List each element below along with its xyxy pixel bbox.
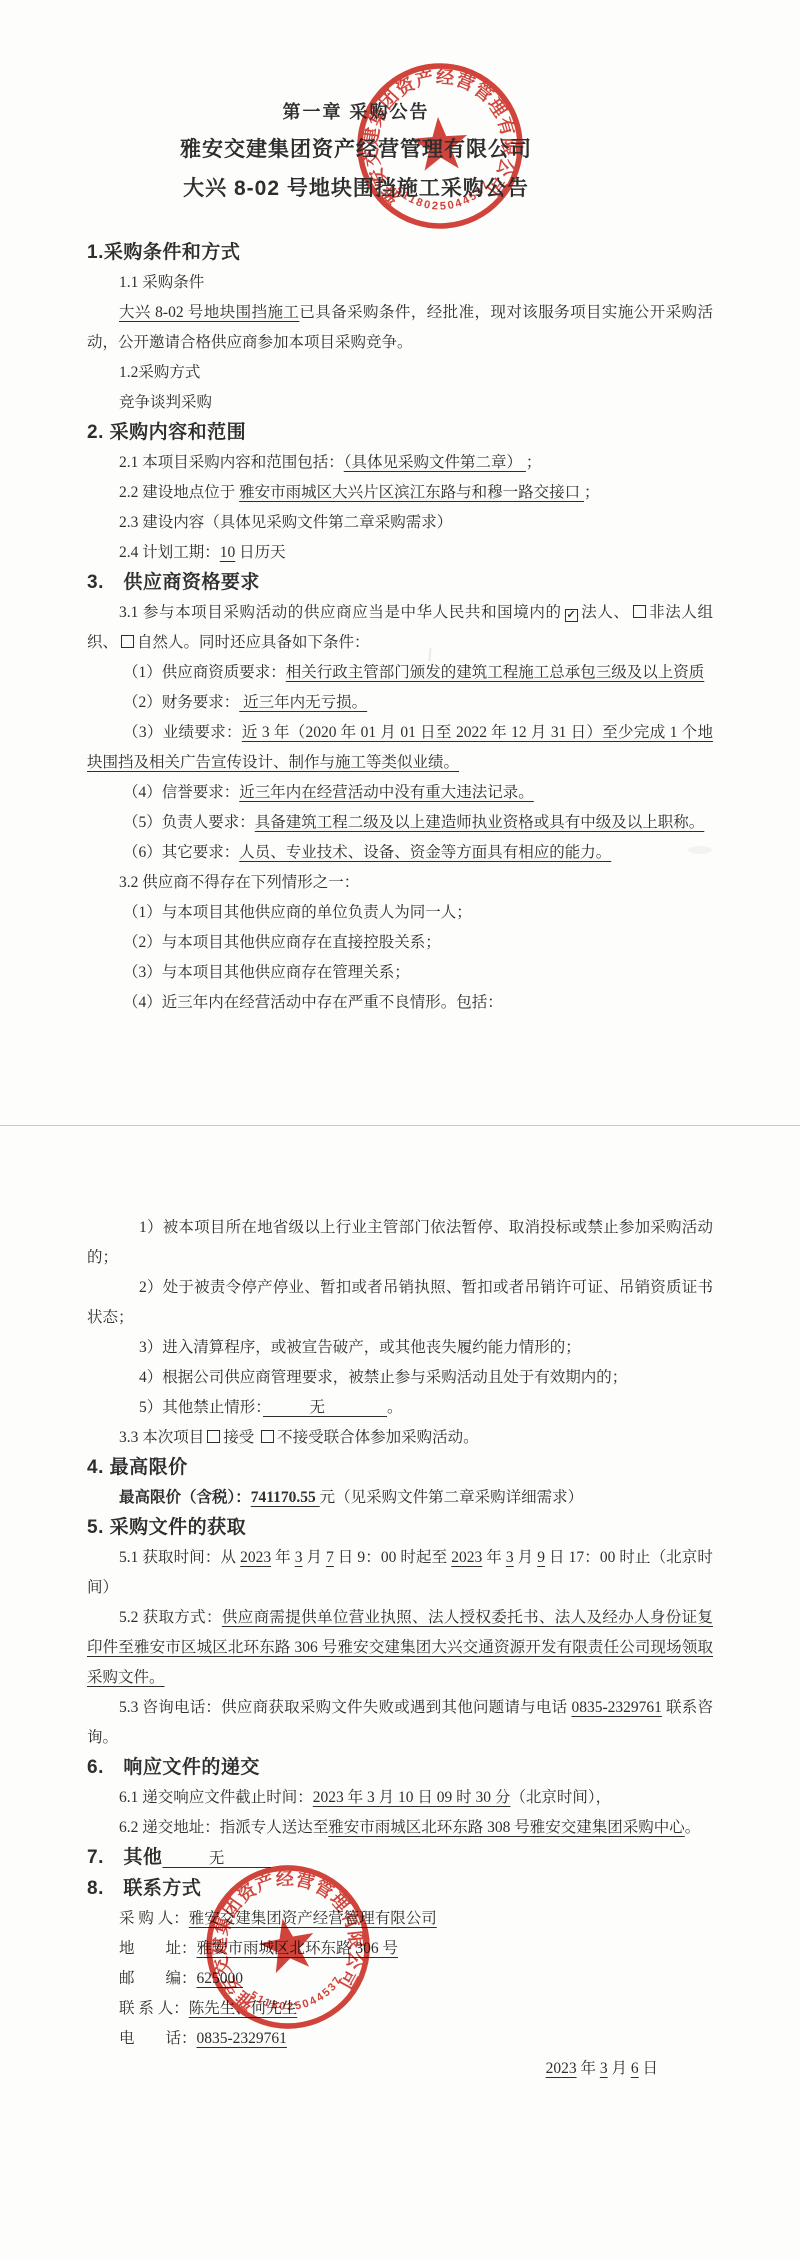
text-segment: 雅安市雨城区北环东路 306 号 bbox=[197, 1940, 399, 1957]
clause-5-2: 5.2 获取方式：供应商需提供单位营业执照、法人授权委托书、法人及经办人身份证复… bbox=[87, 1603, 713, 1693]
text-segment: ； bbox=[526, 454, 542, 471]
text-segment: 联 系 人： bbox=[119, 2000, 189, 2017]
contact-address-line: 地 址：雅安市雨城区北环东路 306 号 bbox=[87, 1934, 713, 1964]
text-segment: （5）负责人要求： bbox=[123, 814, 255, 831]
text-segment: 2023 年 3 月 10 日 09 时 30 分 bbox=[313, 1789, 511, 1806]
checkbox-checked: ✓ bbox=[565, 609, 578, 622]
text-segment: 2023 bbox=[546, 2060, 577, 2077]
text-segment: 大兴 8-02 号地块围挡施工 bbox=[119, 304, 299, 321]
text-segment: 雅安交建集团资产经营管理有限公司 bbox=[189, 1910, 437, 1927]
section-8-heading: 8. 联系方式 bbox=[87, 1874, 713, 1904]
text-segment: 5.1 获取时间：从 bbox=[119, 1549, 240, 1566]
text-segment: 625000 bbox=[197, 1970, 244, 1987]
text-segment: 2023 bbox=[451, 1549, 482, 1566]
section-4-heading: 4. 最高限价 bbox=[87, 1453, 713, 1483]
requirement-1: （1）供应商资质要求：相关行政主管部门颁发的建筑工程施工总承包三级及以上资质 bbox=[87, 658, 713, 688]
prohibition-4: （4）近三年内在经营活动中存在严重不良情形。包括： bbox=[87, 988, 713, 1018]
text-segment: 。 bbox=[685, 1819, 701, 1836]
text-segment: （4）信誉要求： bbox=[123, 784, 239, 801]
scan-page-split-line bbox=[0, 1125, 800, 1126]
clause-3-2: 3.2 供应商不得存在下列情形之一： bbox=[87, 868, 713, 898]
text-segment: 电 话： bbox=[119, 2030, 197, 2047]
text-segment: 年 bbox=[577, 2060, 600, 2077]
max-price-line: 最高限价（含税）：741170.55 元（见采购文件第二章采购详细需求） bbox=[87, 1483, 713, 1513]
text-segment: 月 bbox=[608, 2060, 631, 2077]
clause-2-2: 2.2 建设地点位于 雅安市雨城区大兴片区滨江东路与和穆一路交接口 ； bbox=[87, 478, 713, 508]
text-segment: 月 bbox=[514, 1549, 538, 1566]
text-segment: 年 bbox=[482, 1549, 506, 1566]
text-segment: 6.2 递交地址：指派专人送达至 bbox=[119, 1819, 328, 1836]
text-segment: 6. 响应文件的递交 bbox=[87, 1757, 260, 1778]
text-segment: 人员、专业技术、设备、资金等方面具有相应的能力。 bbox=[239, 844, 611, 861]
text-segment: （2）与本项目其他供应商存在直接控股关系； bbox=[123, 934, 441, 951]
text-segment: 3）进入清算程序，或被宣告破产，或其他丧失履约能力情形的； bbox=[139, 1339, 581, 1356]
text-segment: （1）供应商资质要求： bbox=[123, 664, 286, 681]
text-segment: 元（见采购文件第二章采购详细需求） bbox=[320, 1489, 584, 1506]
text-segment: 3. 供应商资格要求 bbox=[87, 572, 260, 593]
text-segment: 8. 联系方式 bbox=[87, 1878, 201, 1899]
text-segment: （4）近三年内在经营活动中存在严重不良情形。包括： bbox=[123, 994, 503, 1011]
text-segment: 2.1 本项目采购内容和范围包括： bbox=[119, 454, 344, 471]
section-2-heading: 2. 采购内容和范围 bbox=[87, 418, 713, 448]
bad-situation-4: 4）根据公司供应商管理要求，被禁止参与采购活动且处于有效期内的； bbox=[87, 1363, 713, 1393]
clause-1-2-body: 竞争谈判采购 bbox=[87, 388, 713, 418]
text-segment: 1.1 采购条件 bbox=[119, 274, 204, 291]
text-segment: 3.3 本次项目 bbox=[119, 1429, 204, 1446]
text-segment: 2.4 计划工期： bbox=[119, 544, 220, 561]
requirement-6: （6）其它要求：人员、专业技术、设备、资金等方面具有相应的能力。 bbox=[87, 838, 713, 868]
text-segment: 邮 编： bbox=[119, 1970, 197, 1987]
text-segment: 日 9：00 时起至 bbox=[334, 1549, 451, 1566]
text-segment: 2.2 建设地点位于 bbox=[119, 484, 239, 501]
prohibition-2: （2）与本项目其他供应商存在直接控股关系； bbox=[87, 928, 713, 958]
text-segment: 无 bbox=[162, 1850, 271, 1867]
text-segment: 自然人。同时还应具备如下条件： bbox=[137, 634, 370, 651]
clause-5-3: 5.3 咨询电话：供应商获取采购文件失败或遇到其他问题请与电话 0835-232… bbox=[87, 1693, 713, 1753]
text-segment: 雅安市雨城区北环东路 308 号雅安交建集团采购中心 bbox=[328, 1819, 685, 1836]
text-segment: 7 bbox=[326, 1549, 334, 1566]
text-segment: 最高限价（含税）： bbox=[119, 1489, 251, 1506]
page-break-gap bbox=[87, 1018, 713, 1213]
section-5-heading: 5. 采购文件的获取 bbox=[87, 1513, 713, 1543]
clause-6-2: 6.2 递交地址：指派专人送达至雅安市雨城区北环东路 308 号雅安交建集团采购… bbox=[87, 1813, 713, 1843]
text-segment: 9 bbox=[537, 1549, 545, 1566]
text-segment: 竞争谈判采购 bbox=[119, 394, 212, 411]
bad-situation-1: 1）被本项目所在地省级以上行业主管部门依法暂停、取消投标或禁止参加采购活动的； bbox=[87, 1213, 713, 1273]
text-segment: 5. 采购文件的获取 bbox=[87, 1517, 246, 1538]
text-segment: 不接受联合体参加采购活动。 bbox=[277, 1429, 479, 1446]
clause-2-1: 2.1 本项目采购内容和范围包括：（具体见采购文件第二章） ； bbox=[87, 448, 713, 478]
text-segment: 3 bbox=[506, 1549, 514, 1566]
document-page: 雅安交建集团资产经营管理有限公司 5118025044537 雅安交建集团资产经… bbox=[0, 0, 800, 2261]
text-segment: 近三年内无亏损。 bbox=[239, 694, 367, 711]
text-segment: 1.2采购方式 bbox=[119, 364, 200, 381]
clause-5-1: 5.1 获取时间：从 2023 年 3 月 7 日 9：00 时起至 2023 … bbox=[87, 1543, 713, 1603]
contact-buyer-line: 采 购 人：雅安交建集团资产经营管理有限公司 bbox=[87, 1904, 713, 1934]
requirement-5: （5）负责人要求：具备建筑工程二级及以上建造师执业资格或具有中级及以上职称。 bbox=[87, 808, 713, 838]
scan-artifact bbox=[688, 846, 712, 854]
text-segment: （1）与本项目其他供应商的单位负责人为同一人； bbox=[123, 904, 472, 921]
text-segment: 3.1 参与本项目采购活动的供应商应当是中华人民共和国境内的 bbox=[119, 604, 562, 621]
issue-date-line: 2023 年 3 月 6 日 bbox=[87, 2054, 713, 2084]
text-segment: 10 bbox=[220, 544, 236, 561]
text-segment: 6.1 递交响应文件截止时间： bbox=[119, 1789, 313, 1806]
section-1-heading: 1.采购条件和方式 bbox=[87, 238, 713, 268]
text-segment: 5.3 咨询电话：供应商获取采购文件失败或遇到其他问题请与电话 bbox=[119, 1699, 571, 1716]
checkbox-empty bbox=[633, 605, 646, 618]
text-segment: 2. 采购内容和范围 bbox=[87, 422, 246, 443]
clause-3-3: 3.3 本次项目接受 不接受联合体参加采购活动。 bbox=[87, 1423, 713, 1453]
section-6-heading: 6. 响应文件的递交 bbox=[87, 1753, 713, 1783]
text-segment: 4. 最高限价 bbox=[87, 1457, 188, 1478]
text-segment: 接受 bbox=[223, 1429, 258, 1446]
text-segment: 陈先生、何先生 bbox=[189, 2000, 298, 2017]
clause-3-1: 3.1 参与本项目采购活动的供应商应当是中华人民共和国境内的✓法人、非法人组织、… bbox=[87, 598, 713, 658]
checkbox-empty bbox=[261, 1430, 274, 1443]
text-segment: 日 bbox=[639, 2060, 658, 2077]
prohibition-1: （1）与本项目其他供应商的单位负责人为同一人； bbox=[87, 898, 713, 928]
text-segment: 5.2 获取方式： bbox=[119, 1609, 222, 1626]
text-segment: （具体见采购文件第二章） bbox=[344, 454, 526, 471]
text-segment: 日历天 bbox=[235, 544, 285, 561]
text-segment: 月 bbox=[302, 1549, 326, 1566]
text-segment: 741170.55 bbox=[251, 1489, 320, 1506]
prohibition-3: （3）与本项目其他供应商存在管理关系； bbox=[87, 958, 713, 988]
text-segment: 地 址： bbox=[119, 1940, 197, 1957]
clause-2-3: 2.3 建设内容（具体见采购文件第二章采购需求） bbox=[87, 508, 713, 538]
clause-1-1-body: 大兴 8-02 号地块围挡施工已具备采购条件，经批准，现对该服务项目实施公开采购… bbox=[87, 298, 713, 358]
text-segment: 2.3 建设内容（具体见采购文件第二章采购需求） bbox=[119, 514, 452, 531]
requirement-4: （4）信誉要求：近三年内在经营活动中没有重大违法记录。 bbox=[87, 778, 713, 808]
text-segment: （2）财务要求： bbox=[123, 694, 239, 711]
text-segment: 雅安市雨城区大兴片区滨江东路与和穆一路交接口 bbox=[239, 484, 584, 501]
text-segment: 0835-2329761 bbox=[571, 1699, 661, 1716]
section-7-heading: 7. 其他 无 bbox=[87, 1843, 713, 1874]
text-segment: 法人、 bbox=[581, 604, 630, 621]
text-segment: （3）业绩要求： bbox=[123, 724, 242, 741]
title-block: 第一章 采购公告 雅安交建集团资产经营管理有限公司 大兴 8-02 号地块围挡施… bbox=[43, 0, 669, 208]
text-segment: 1）被本项目所在地省级以上行业主管部门依法暂停、取消投标或禁止参加采购活动的； bbox=[87, 1219, 713, 1266]
text-segment: 年 bbox=[271, 1549, 295, 1566]
text-segment: 3.2 供应商不得存在下列情形之一： bbox=[119, 874, 359, 891]
text-segment: 1.采购条件和方式 bbox=[87, 242, 240, 263]
bad-situation-5: 5）其他禁止情形： 无 。 bbox=[87, 1393, 713, 1423]
bad-situation-2: 2）处于被责令停产停业、暂扣或者吊销执照、暂扣或者吊销许可证、吊销资质证书状态； bbox=[87, 1273, 713, 1333]
bad-situation-3: 3）进入清算程序，或被宣告破产，或其他丧失履约能力情形的； bbox=[87, 1333, 713, 1363]
text-segment: 6 bbox=[631, 2060, 639, 2077]
project-title: 大兴 8-02 号地块围挡施工采购公告 bbox=[43, 169, 669, 208]
text-segment: 2）处于被责令停产停业、暂扣或者吊销执照、暂扣或者吊销许可证、吊销资质证书状态； bbox=[87, 1279, 713, 1326]
chapter-title: 第一章 采购公告 bbox=[43, 94, 669, 130]
company-title: 雅安交建集团资产经营管理有限公司 bbox=[43, 130, 669, 169]
text-segment: ； bbox=[584, 484, 600, 501]
checkbox-empty bbox=[207, 1430, 220, 1443]
text-segment: 5）其他禁止情形： bbox=[139, 1399, 263, 1416]
contact-zipcode-line: 邮 编：625000 bbox=[87, 1964, 713, 1994]
requirement-2: （2）财务要求： 近三年内无亏损。 bbox=[87, 688, 713, 718]
clause-1-1: 1.1 采购条件 bbox=[87, 268, 713, 298]
checkbox-empty bbox=[121, 635, 134, 648]
text-segment: 采 购 人： bbox=[119, 1910, 189, 1927]
text-segment: （3）与本项目其他供应商存在管理关系； bbox=[123, 964, 410, 981]
text-segment: （6）其它要求： bbox=[123, 844, 239, 861]
text-segment: （北京时间）， bbox=[510, 1789, 611, 1806]
text-segment: 无 bbox=[263, 1399, 387, 1416]
text-segment: 7. 其他 bbox=[87, 1847, 162, 1868]
text-segment: 近三年内在经营活动中没有重大违法记录。 bbox=[239, 784, 534, 801]
text-segment: 。 bbox=[387, 1399, 403, 1416]
document-body: 1.采购条件和方式1.1 采购条件大兴 8-02 号地块围挡施工已具备采购条件，… bbox=[87, 238, 713, 2084]
text-segment: 4）根据公司供应商管理要求，被禁止参与采购活动且处于有效期内的； bbox=[139, 1369, 627, 1386]
section-3-heading: 3. 供应商资格要求 bbox=[87, 568, 713, 598]
text-segment: 相关行政主管部门颁发的建筑工程施工总承包三级及以上资质 bbox=[286, 664, 705, 681]
contact-phone-line: 电 话：0835-2329761 bbox=[87, 2024, 713, 2054]
text-segment: 3 bbox=[600, 2060, 608, 2077]
clause-6-1: 6.1 递交响应文件截止时间：2023 年 3 月 10 日 09 时 30 分… bbox=[87, 1783, 713, 1813]
contact-person-line: 联 系 人：陈先生、何先生 bbox=[87, 1994, 713, 2024]
text-segment: 2023 bbox=[240, 1549, 271, 1566]
clause-1-2: 1.2采购方式 bbox=[87, 358, 713, 388]
clause-2-4: 2.4 计划工期：10 日历天 bbox=[87, 538, 713, 568]
requirement-3: （3）业绩要求：近 3 年（2020 年 01 月 01 日至 2022 年 1… bbox=[87, 718, 713, 778]
text-segment: 0835-2329761 bbox=[197, 2030, 287, 2047]
text-segment: 具备建筑工程二级及以上建造师执业资格或具有中级及以上职称。 bbox=[255, 814, 705, 831]
